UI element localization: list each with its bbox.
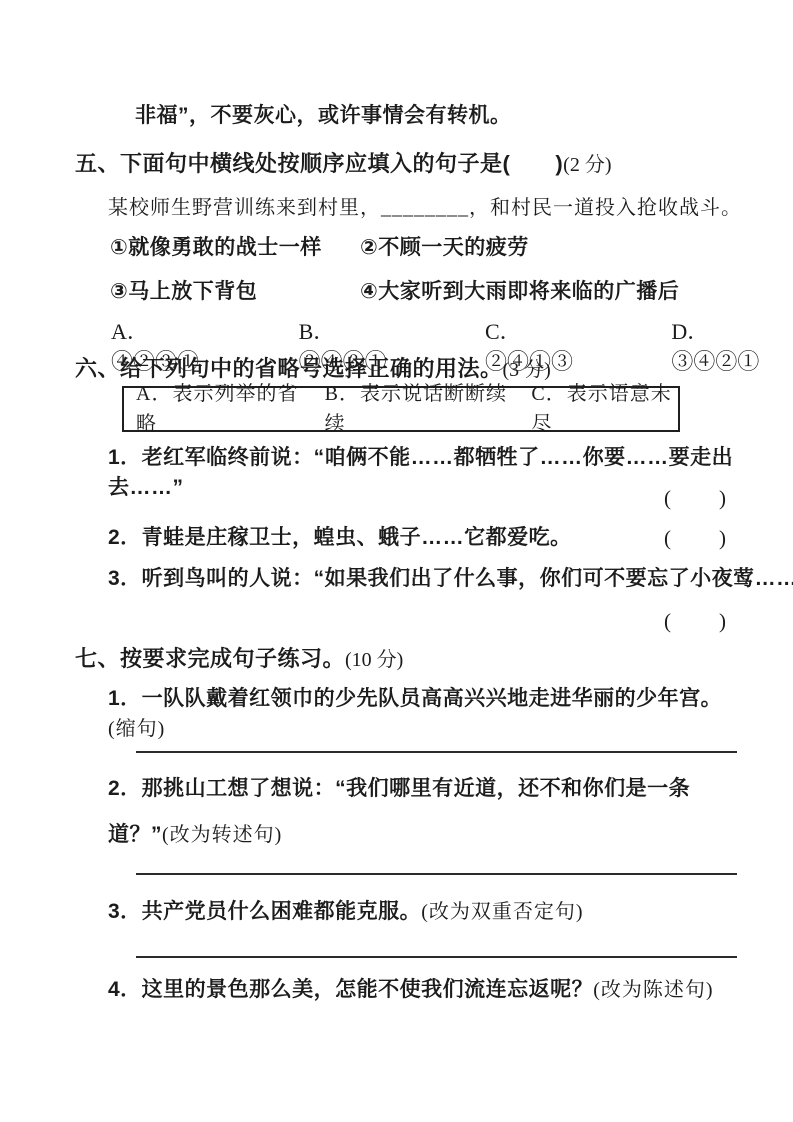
option-1: ①就像勇敢的战士一样 <box>110 233 360 263</box>
section6-item-3: 3．听到鸟叫的人说：“如果我们出了什么事，你们可不要忘了小夜莺……” <box>108 564 788 594</box>
legend-c: C．表示语意未尽 <box>531 379 678 439</box>
section7-item-2-note: (改为转述句) <box>162 824 282 846</box>
section6-score: (3 分) <box>503 359 551 381</box>
section5-heading: 五、下面句中横线处按顺序应填入的句子是( )(2 分) <box>75 148 611 179</box>
answer-paren-1: ( ) <box>664 483 728 513</box>
section7-item-4-text: 4．这里的景色那么美，怎能不使我们流连忘返呢？ <box>108 978 593 1001</box>
section7-item-1: 1．一队队戴着红领巾的少先队员高高兴兴地走进华丽的少年宫。(缩句) <box>108 684 748 744</box>
section7-item-1-note: (缩句) <box>108 718 165 740</box>
option-3: ③马上放下背包 <box>110 277 360 307</box>
answer-line-1 <box>136 751 737 753</box>
section5-title: 五、下面句中横线处按顺序应填入的句子是( ) <box>75 151 563 176</box>
answer-paren-3: ( ) <box>664 606 728 636</box>
carryover-sentence: 非福”，不要灰心，或许事情会有转机。 <box>135 101 512 131</box>
section7-item-4-note: (改为陈述句) <box>593 979 713 1001</box>
section7-item-4: 4．这里的景色那么美，怎能不使我们流连忘返呢？(改为陈述句) <box>108 975 768 1005</box>
answer-line-2 <box>136 873 737 875</box>
section7-item-1-text: 1．一队队戴着红领巾的少先队员高高兴兴地走进华丽的少年宫。 <box>108 687 722 710</box>
option-2: ②不顾一天的疲劳 <box>360 233 679 263</box>
section5-stem: 某校师生野营训练来到村里，________，和村民一道投入抢收战斗。 <box>108 193 742 223</box>
section7-score: (10 分) <box>345 649 403 671</box>
section7-item-3-note: (改为双重否定句) <box>421 901 583 923</box>
legend-a: A．表示列举的省略 <box>136 379 303 439</box>
answer-line-3 <box>136 956 737 958</box>
ellipsis-usage-legend-box: A．表示列举的省略 B．表示说话断断续续 C．表示语意未尽 <box>122 386 680 432</box>
option-4: ④大家听到大雨即将来临的广播后 <box>360 277 679 307</box>
legend-b: B．表示说话断断续续 <box>325 379 510 439</box>
section7-heading: 七、按要求完成句子练习。(10 分) <box>75 643 403 674</box>
answer-paren-2: ( ) <box>664 523 728 553</box>
section7-title: 七、按要求完成句子练习。 <box>75 646 345 671</box>
exam-paper-page: 非福”，不要灰心，或许事情会有转机。 五、下面句中横线处按顺序应填入的句子是( … <box>0 0 793 1122</box>
choice-d: D．③④②① <box>671 317 793 377</box>
section5-options: ①就像勇敢的战士一样 ②不顾一天的疲劳 ③马上放下背包 ④大家听到大雨即将来临的… <box>110 233 679 307</box>
section7-item-2: 2．那挑山工想了想说：“我们哪里有近道，还不和你们是一条道？”(改为转述句) <box>108 767 744 859</box>
section6-item-2: 2．青蛙是庄稼卫士，蝗虫、蛾子……它都爱吃。 <box>108 523 572 553</box>
section5-score: (2 分) <box>563 154 611 176</box>
section7-item-3: 3．共产党员什么困难都能克服。(改为双重否定句) <box>108 897 748 927</box>
section6-title: 六、给下列句中的省略号选择正确的用法。 <box>75 356 503 381</box>
section7-item-3-text: 3．共产党员什么困难都能克服。 <box>108 900 421 923</box>
